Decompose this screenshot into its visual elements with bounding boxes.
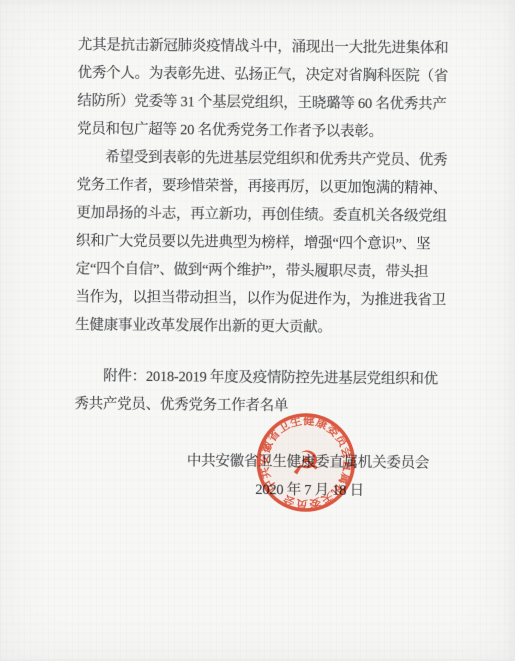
signature-block: 中共安徽省卫生健康委直属机关委员会 2020 年 7 月 18 日 <box>186 447 433 505</box>
body-paragraph: 希望受到表彰的先进基层党组织和优秀共产党员、优秀 党务工作者，要珍惜荣誉，再接再… <box>75 143 469 343</box>
signature-date: 2020 年 7 月 18 日 <box>186 475 432 505</box>
scan-tilt-layer: 尤其是抗击新冠肺炎疫情战斗中，涌现出一大批先进集体和 优秀个人。为表彰先进、弘扬… <box>0 0 515 661</box>
text-column: 尤其是抗击新冠肺炎疫情战斗中，涌现出一大批先进集体和 优秀个人。为表彰先进、弘扬… <box>74 31 470 422</box>
attachment-note: 附件：2018-2019 年度及疫情防控先进基层党组织和优 秀共产党员、优秀党务… <box>74 362 467 422</box>
body-paragraph: 尤其是抗击新冠肺炎疫情战斗中，涌现出一大批先进集体和 优秀个人。为表彰先进、弘扬… <box>77 31 470 147</box>
signature-org: 中共安徽省卫生健康委直属机关委员会 <box>187 447 433 477</box>
document-page: 尤其是抗击新冠肺炎疫情战斗中，涌现出一大批先进集体和 优秀个人。为表彰先进、弘扬… <box>0 0 515 661</box>
